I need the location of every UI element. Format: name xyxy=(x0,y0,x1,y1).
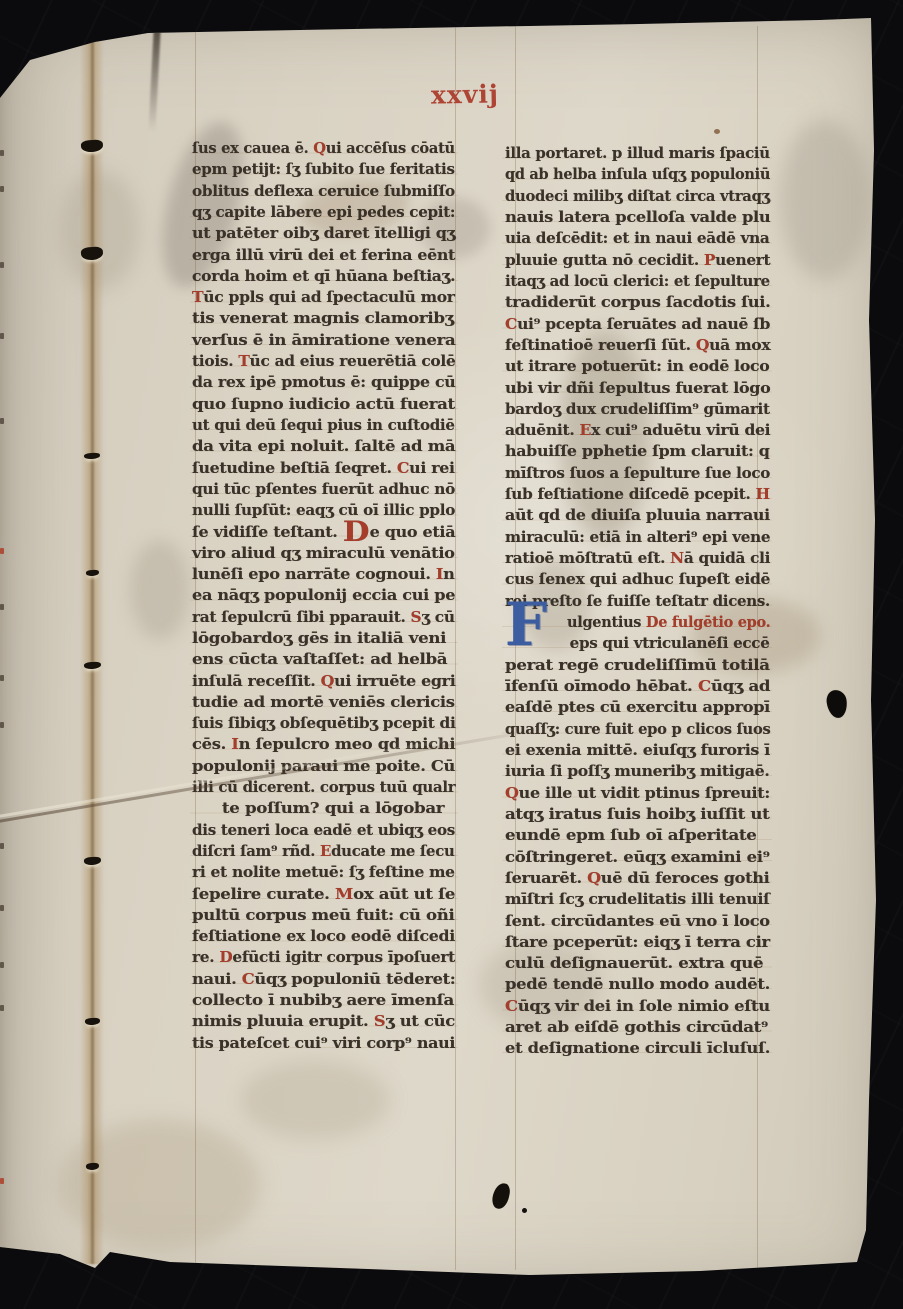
text-line: ens cūcta vaſtaſſet: ad helbā xyxy=(192,649,447,670)
text-line: nauis latera pcelloſa valde plu xyxy=(505,207,770,228)
ink-text: mīſtros ſuos a ſepulture ſue loco xyxy=(505,465,770,482)
edge-text-fragment xyxy=(0,262,4,268)
illuminated-initial: F xyxy=(497,592,555,662)
ink-text: pedē tendē nullo modo audēt. xyxy=(505,976,770,993)
ink-text: nulli ſupſūt: eaqʒ cū oī illic pplo xyxy=(192,502,455,519)
ink-text: iuria ſi poſſʒ muneribʒ mitigaē. xyxy=(505,763,769,780)
ink-text: uenert xyxy=(715,252,770,269)
ink-text: aduēnit. xyxy=(505,422,580,439)
ink-text: nimis pluuia erupit. xyxy=(192,1013,374,1030)
text-line: atqʒ iratus ſuis hoibʒ iuſſit ut xyxy=(505,804,770,825)
ink-text: īfenſū oīmodo hēbat. xyxy=(505,678,698,695)
text-line: naui. Cūqʒ populoniū tēderet: xyxy=(192,969,455,990)
ink-text: cōſtringeret. eūqʒ examini ei⁹ xyxy=(505,849,770,866)
rubricated-text: De fulgētio epo. xyxy=(646,614,770,631)
text-line: duodeci milibʒ diſtat circa vtraqʒ xyxy=(505,186,770,207)
text-line: qui tūc pſentes fuerūt adhuc nō xyxy=(192,479,455,500)
ink-text: ʒ cū xyxy=(421,609,454,626)
text-line: et deſignatione circuli īcluſuſ. xyxy=(505,1038,770,1059)
text-line: te poſſum? qui a lōgobar xyxy=(192,798,444,819)
ink-text: pultū corpus meū fuit: cū oñi xyxy=(192,907,454,924)
ink-text: da vita epi noluit. ſaltē ad mā xyxy=(192,438,455,455)
rubricated-text: T xyxy=(192,289,203,306)
text-line: lunēſi epo narrāte cognoui. In xyxy=(192,564,455,585)
ink-blot xyxy=(490,1182,511,1211)
text-line: eundē epm ſub oī aſperitate xyxy=(505,825,757,846)
ink-text: habuiſſe pphetie ſpm claruit: q xyxy=(505,443,769,460)
text-line: corda hoim et qī hūana beſtiaʒ. xyxy=(192,266,455,287)
ink-text: epm petijt: ſʒ ſubito ſue feritatis xyxy=(192,161,455,178)
stain-speck xyxy=(714,129,720,134)
ink-text: atqʒ iratus ſuis hoibʒ iuſſit ut xyxy=(505,806,770,823)
ink-text: ducate me ſecu xyxy=(331,843,454,860)
text-line: itaqʒ ad locū clerici: et ſepulture xyxy=(505,271,770,292)
text-line: ſtare pceperūt: eiqʒ ī terra cir xyxy=(505,932,770,953)
text-line: uia deſcēdit: et in naui eādē vna xyxy=(505,228,769,249)
text-line: ut itrare potuerūt: in eodē loco xyxy=(505,356,769,377)
rubricated-text: M xyxy=(335,886,353,903)
text-line: ſeruarēt. Quē dū feroces gothi xyxy=(505,868,769,889)
text-line: īfenſū oīmodo hēbat. Cūqʒ ad xyxy=(505,676,770,697)
text-line: ea nāqʒ populonij eccia cui pe xyxy=(192,585,455,606)
ink-text: efūcti igitr corpus īpoſuert xyxy=(232,949,455,966)
text-line: ei exenia mittē. eiuſqʒ furoris ī xyxy=(505,740,770,761)
ink-text: eaſdē ptes cū exercitu appropī xyxy=(505,699,770,716)
text-line: epm petijt: ſʒ ſubito ſue feritatis xyxy=(192,159,455,180)
text-line: mīſtros ſuos a ſepulture ſue loco xyxy=(505,463,770,484)
ink-text: uā mox xyxy=(709,337,770,354)
ink-text: pluuie gutta nō cecidit. xyxy=(505,252,704,269)
ink-text: naui. xyxy=(192,971,242,988)
edge-text-fragment xyxy=(0,604,4,610)
ink-text: nauis latera pcelloſa valde plu xyxy=(505,209,770,226)
stain xyxy=(240,1060,390,1140)
rubricated-text: D xyxy=(219,949,232,966)
edge-red-fragment xyxy=(0,548,4,554)
fold-shadow xyxy=(148,30,160,132)
text-line: tis venerat magnis clamoribʒ xyxy=(192,308,454,329)
ink-text: cēs. xyxy=(192,736,231,753)
rubricated-text: C xyxy=(505,316,517,333)
text-line: qʒ capite lābere epi pedes cepit: xyxy=(192,202,455,223)
ink-text: qʒ capite lābere epi pedes cepit: xyxy=(192,204,455,221)
photograph-background: xxvij ſus ex cauea ē. Qui accēſus cōatūe… xyxy=(0,0,903,1309)
ink-text: re. xyxy=(192,949,219,966)
ink-text: inſulā receſſit. xyxy=(192,673,321,690)
rubricated-text: Q xyxy=(313,140,325,157)
edge-text-fragment xyxy=(0,962,4,968)
rubricated-text: C xyxy=(505,998,518,1015)
ink-speck xyxy=(522,1208,527,1213)
text-line: tudie ad mortē veniēs clericis xyxy=(192,692,455,713)
ink-text: itaqʒ ad locū clerici: et ſepulture xyxy=(505,273,770,290)
rubricated-text: E xyxy=(320,843,331,860)
ink-text: tis venerat magnis clamoribʒ xyxy=(192,310,454,327)
ink-text: ubi vir dñi ſepultus fuerat lōgo xyxy=(505,380,770,397)
ink-text: feſtinatioē reuerſi ſūt. xyxy=(505,337,696,354)
text-line: ſepelire curate. Mox aūt ut ſe xyxy=(192,884,455,905)
text-line: ſub feſtiatione diſcedē pcepit. H xyxy=(505,484,770,505)
text-line: quo ſupno iudicio actū fuerat xyxy=(192,394,455,415)
text-line: ſent. circūdantes eū vno ī loco xyxy=(505,911,770,932)
ink-text: lōgobardoʒ gēs in italiā veni xyxy=(192,630,446,647)
text-line: iuria ſi poſſʒ muneribʒ mitigaē. xyxy=(505,761,769,782)
rubricated-text: C xyxy=(397,460,409,477)
ink-text: ſtare pceperūt: eiqʒ ī terra cir xyxy=(505,934,770,951)
ink-text: ut itrare potuerūt: in eodē loco xyxy=(505,358,769,375)
text-line: collecto ī nubibʒ aere īmenſa xyxy=(192,990,454,1011)
text-line: Cui⁹ pcepta ſeruātes ad nauē ſb xyxy=(505,314,770,335)
text-line: ſuetudine beſtiā ſeqret. Cui rei xyxy=(192,458,455,479)
ink-text: rat ſepulcrū ſibi pparauit. xyxy=(192,609,411,626)
ink-text: diſcri ſam⁹ rñd. xyxy=(192,843,320,860)
text-line: pultū corpus meū fuit: cū oñi xyxy=(192,905,454,926)
ink-text: viro aliud qʒ miraculū venātio xyxy=(192,545,455,562)
text-line: nulli ſupſūt: eaqʒ cū oī illic pplo xyxy=(192,500,455,521)
ink-text: ui accēſus cōatū xyxy=(326,140,455,157)
text-line: mīſtri ſcʒ crudelitatis illi tenuiſ xyxy=(505,889,770,910)
ink-text: feſtiatione ex loco eodē diſcedi xyxy=(192,928,455,945)
edge-text-fragment xyxy=(0,1005,4,1011)
ink-text: ratioē mōſtratū eſt. xyxy=(505,550,670,567)
ink-text: ſus ex cauea ē. xyxy=(192,140,313,157)
ink-text: tiois. xyxy=(192,353,238,370)
ink-text: eundē epm ſub oī aſperitate xyxy=(505,827,757,844)
ink-text: collecto ī nubibʒ aere īmenſa xyxy=(192,992,454,1009)
ink-text: tradiderūt corpus ſacdotis ſui. xyxy=(505,294,770,311)
rubricated-text: Q xyxy=(587,870,601,887)
rubricated-text: H xyxy=(756,486,770,503)
text-line: cus ſenex qui adhuc ſupeſt eidē xyxy=(505,569,770,590)
folio-number: xxvij xyxy=(431,79,499,109)
text-line: pluuie gutta nō cecidit. Puenert xyxy=(505,250,770,271)
ink-text: cus ſenex qui adhuc ſupeſt eidē xyxy=(505,571,770,588)
ink-text: qd ab helba inſula uſqʒ populoniū xyxy=(505,166,770,183)
ink-text: dis teneri loca eadē et ubiqʒ eos xyxy=(192,822,455,839)
ink-text: mīſtri ſcʒ crudelitatis illi tenuiſ xyxy=(505,891,770,908)
rubricated-text: C xyxy=(698,678,711,695)
ink-text: n xyxy=(443,566,454,583)
text-line: illa portaret. p illud maris ſpaciū xyxy=(505,143,770,164)
rubricated-text: N xyxy=(670,550,684,567)
ink-text: ūc ad eius reuerētiā colē xyxy=(250,353,456,370)
edge-text-fragment xyxy=(0,418,4,424)
text-line: feſtiatione ex loco eodē diſcedi xyxy=(192,926,455,947)
ink-text: ſuis ſibiqʒ obſequētibʒ pcepit di xyxy=(192,715,455,732)
ink-text: te poſſum? qui a lōgobar xyxy=(222,800,444,817)
text-line: Que ille ut vidit ptinus ſpreuit: xyxy=(505,783,770,804)
rubricated-text: C xyxy=(242,971,255,988)
ink-text: aret ab eiſdē gothis circūdat⁹ xyxy=(505,1019,768,1036)
edge-text-fragment xyxy=(0,150,4,156)
ink-text: corda hoim et qī hūana beſtiaʒ. xyxy=(192,268,455,285)
text-line: ſe vidiſſe teſtant. De quo etiā xyxy=(192,521,455,542)
ink-text: ſuetudine beſtiā ſeqret. xyxy=(192,460,397,477)
text-line: da rex ipē pmotus ē: quippe cū xyxy=(192,372,455,393)
text-line: dis teneri loca eadē et ubiqʒ eos xyxy=(192,820,455,841)
ink-text: ſe vidiſſe teſtant. xyxy=(192,524,343,541)
ink-text: ens cūcta vaſtaſſet: ad helbā xyxy=(192,651,447,668)
text-line: verſus ē in āmiratione venera xyxy=(192,330,455,351)
ink-text: ri et nolite metuē: ſʒ feſtine me xyxy=(192,864,455,881)
text-line: pedē tendē nullo modo audēt. xyxy=(505,974,770,995)
rubricated-text: S xyxy=(411,609,422,626)
edge-text-fragment xyxy=(0,905,4,911)
ink-text: ā quidā cli xyxy=(684,550,770,567)
text-line: tiois. Tūc ad eius reuerētiā colē xyxy=(192,351,455,372)
ink-text: ūc ppls qui ad ſpectaculū mor xyxy=(203,289,454,306)
ink-text: ei exenia mittē. eiuſqʒ furoris ī xyxy=(505,742,770,759)
ink-text: oblitus deflexa ceruice ſubmiſſo xyxy=(192,183,455,200)
edge-text-fragment xyxy=(0,843,4,849)
text-line: ſuis ſibiqʒ obſequētibʒ pcepit di xyxy=(192,713,455,734)
rubricated-text: Q xyxy=(321,673,335,690)
text-line: re. Defūcti igitr corpus īpoſuert xyxy=(192,947,455,968)
ink-text: ſub feſtiatione diſcedē pcepit. xyxy=(505,486,756,503)
ink-text: ſent. circūdantes eū vno ī loco xyxy=(505,913,770,930)
text-line: ri et nolite metuē: ſʒ feſtine me xyxy=(192,862,455,883)
text-line: habuiſſe pphetie ſpm claruit: q xyxy=(505,441,769,462)
rubricated-text: P xyxy=(704,252,715,269)
text-line: miraculū: etiā in alteri⁹ epi vene xyxy=(505,527,770,548)
ink-text: miraculū: etiā in alteri⁹ epi vene xyxy=(505,529,770,546)
binding-gutter-fold xyxy=(91,28,94,1264)
text-line: aduēnit. Ex cui⁹ aduētu virū dei xyxy=(505,420,770,441)
text-line: tis pateſcet cui⁹ viri corp⁹ naui xyxy=(192,1033,455,1054)
text-line: cōſtringeret. eūqʒ examini ei⁹ xyxy=(505,847,770,868)
ink-text: duodeci milibʒ diſtat circa vtraqʒ xyxy=(505,188,770,205)
ink-text: ea nāqʒ populonij eccia cui pe xyxy=(192,587,455,604)
text-line: feſtinatioē reuerſi ſūt. Quā mox xyxy=(505,335,770,356)
stain xyxy=(780,120,870,280)
ink-text: tis pateſcet cui⁹ viri corp⁹ naui xyxy=(192,1035,455,1052)
ink-text: ūqʒ vir dei in ſole nimio eſtu xyxy=(518,998,770,1015)
ink-text: lunēſi epo narrāte cognoui. xyxy=(192,566,436,583)
text-line: erga illū virū dei et ferina eēnt xyxy=(192,245,455,266)
manuscript-page: xxvij ſus ex cauea ē. Qui accēſus cōatūe… xyxy=(0,0,903,1309)
ink-text: ut patēter oibʒ daret ītelligi qʒ xyxy=(192,225,455,242)
rubricated-text: S xyxy=(374,1013,386,1030)
edge-text-fragment xyxy=(0,675,4,681)
edge-red-fragment xyxy=(0,1178,4,1184)
ink-text: ſeruarēt. xyxy=(505,870,587,887)
ink-text: erga illū virū dei et ferina eēnt xyxy=(192,247,455,264)
ink-text: ut qui deū ſequi pius in cuſtodiē xyxy=(192,417,455,434)
ink-text: da rex ipē pmotus ē: quippe cū xyxy=(192,374,455,391)
ink-text: tudie ad mortē veniēs clericis xyxy=(192,694,455,711)
rubricated-text: Q xyxy=(505,785,519,802)
text-line: ubi vir dñi ſepultus fuerat lōgo xyxy=(505,378,770,399)
ink-text: ūqʒ populoniū tēderet: xyxy=(254,971,455,988)
text-line: lōgobardoʒ gēs in italiā veni xyxy=(192,628,446,649)
text-line: oblitus deflexa ceruice ſubmiſſo xyxy=(192,181,455,202)
ink-text: eps qui vtriculanēſi eccē xyxy=(570,635,770,652)
ink-text: verſus ē in āmiratione venera xyxy=(192,332,455,349)
ink-text: uia deſcēdit: et in naui eādē vna xyxy=(505,230,769,247)
text-line: culū deſignauerūt. extra quē xyxy=(505,953,763,974)
ink-text: quo ſupno iudicio actū fuerat xyxy=(192,396,455,413)
edge-text-fragment xyxy=(0,722,4,728)
text-line: aūt qd de diuiſa pluuia narraui xyxy=(505,505,770,526)
text-line: qd ab helba inſula uſqʒ populoniū xyxy=(505,164,770,185)
stain xyxy=(130,540,190,640)
ink-text: bardoʒ dux crudeliſſim⁹ gūmarit xyxy=(505,401,770,418)
ink-text: qui tūc pſentes fuerūt adhuc nō xyxy=(192,481,455,498)
ink-text: ſepelire curate. xyxy=(192,886,335,903)
ink-text: illa portaret. p illud maris ſpaciū xyxy=(505,145,770,162)
edge-text-fragment xyxy=(0,333,4,339)
parchment-hole xyxy=(825,689,849,720)
text-line: tradiderūt corpus ſacdotis ſui. xyxy=(505,292,770,313)
ink-text: ui⁹ pcepta ſeruātes ad nauē ſb xyxy=(517,316,770,333)
text-line: diſcri ſam⁹ rñd. Educate me ſecu xyxy=(192,841,455,862)
text-line: Tūc ppls qui ad ſpectaculū mor xyxy=(192,287,455,308)
ink-text: e quo etiā xyxy=(370,524,456,541)
ink-text: ue ille ut vidit ptinus ſpreuit: xyxy=(519,785,770,802)
ink-text: ui irruēte egri xyxy=(334,673,455,690)
text-line: bardoʒ dux crudeliſſim⁹ gūmarit xyxy=(505,399,770,420)
rubricated-text: T xyxy=(238,353,249,370)
text-line: ratioē mōſtratū eſt. Nā quidā cli xyxy=(505,548,770,569)
text-line: eaſdē ptes cū exercitu appropī xyxy=(505,697,770,718)
ink-text: aūt qd de diuiſa pluuia narraui xyxy=(505,507,770,524)
ink-text: x cui⁹ aduētu virū dei xyxy=(591,422,770,439)
text-line: inſulā receſſit. Qui irruēte egri xyxy=(192,671,455,692)
ink-text: et deſignatione circuli īcluſuſ. xyxy=(505,1040,770,1057)
text-line: Cūqʒ vir dei in ſole nimio eſtu xyxy=(505,996,770,1017)
text-line: ut patēter oibʒ daret ītelligi qʒ xyxy=(192,223,455,244)
rubricated-text: Q xyxy=(696,337,709,354)
text-line: ſus ex cauea ē. Qui accēſus cōatū xyxy=(192,138,455,159)
ink-text: ui rei xyxy=(409,460,454,477)
ink-text: ūqʒ ad xyxy=(711,678,770,695)
ink-text: uē dū feroces gothi xyxy=(601,870,770,887)
text-line: rat ſepulcrū ſibi pparauit. Sʒ cū xyxy=(192,607,455,628)
rubricated-text: E xyxy=(580,422,592,439)
text-line: ut qui deū ſequi pius in cuſtodiē xyxy=(192,415,455,436)
text-line: aret ab eiſdē gothis circūdat⁹ xyxy=(505,1017,768,1038)
ink-text: ulgentius xyxy=(567,614,646,631)
edge-text-fragment xyxy=(0,186,4,192)
text-line: nimis pluuia erupit. Sʒ ut cūc xyxy=(192,1011,455,1032)
ink-text: ox aūt ut ſe xyxy=(353,886,455,903)
text-line: da vita epi noluit. ſaltē ad mā xyxy=(192,436,455,457)
ink-text: ʒ ut cūc xyxy=(385,1013,455,1030)
text-line: viro aliud qʒ miraculū venātio xyxy=(192,543,455,564)
ink-text: culū deſignauerūt. extra quē xyxy=(505,955,763,972)
